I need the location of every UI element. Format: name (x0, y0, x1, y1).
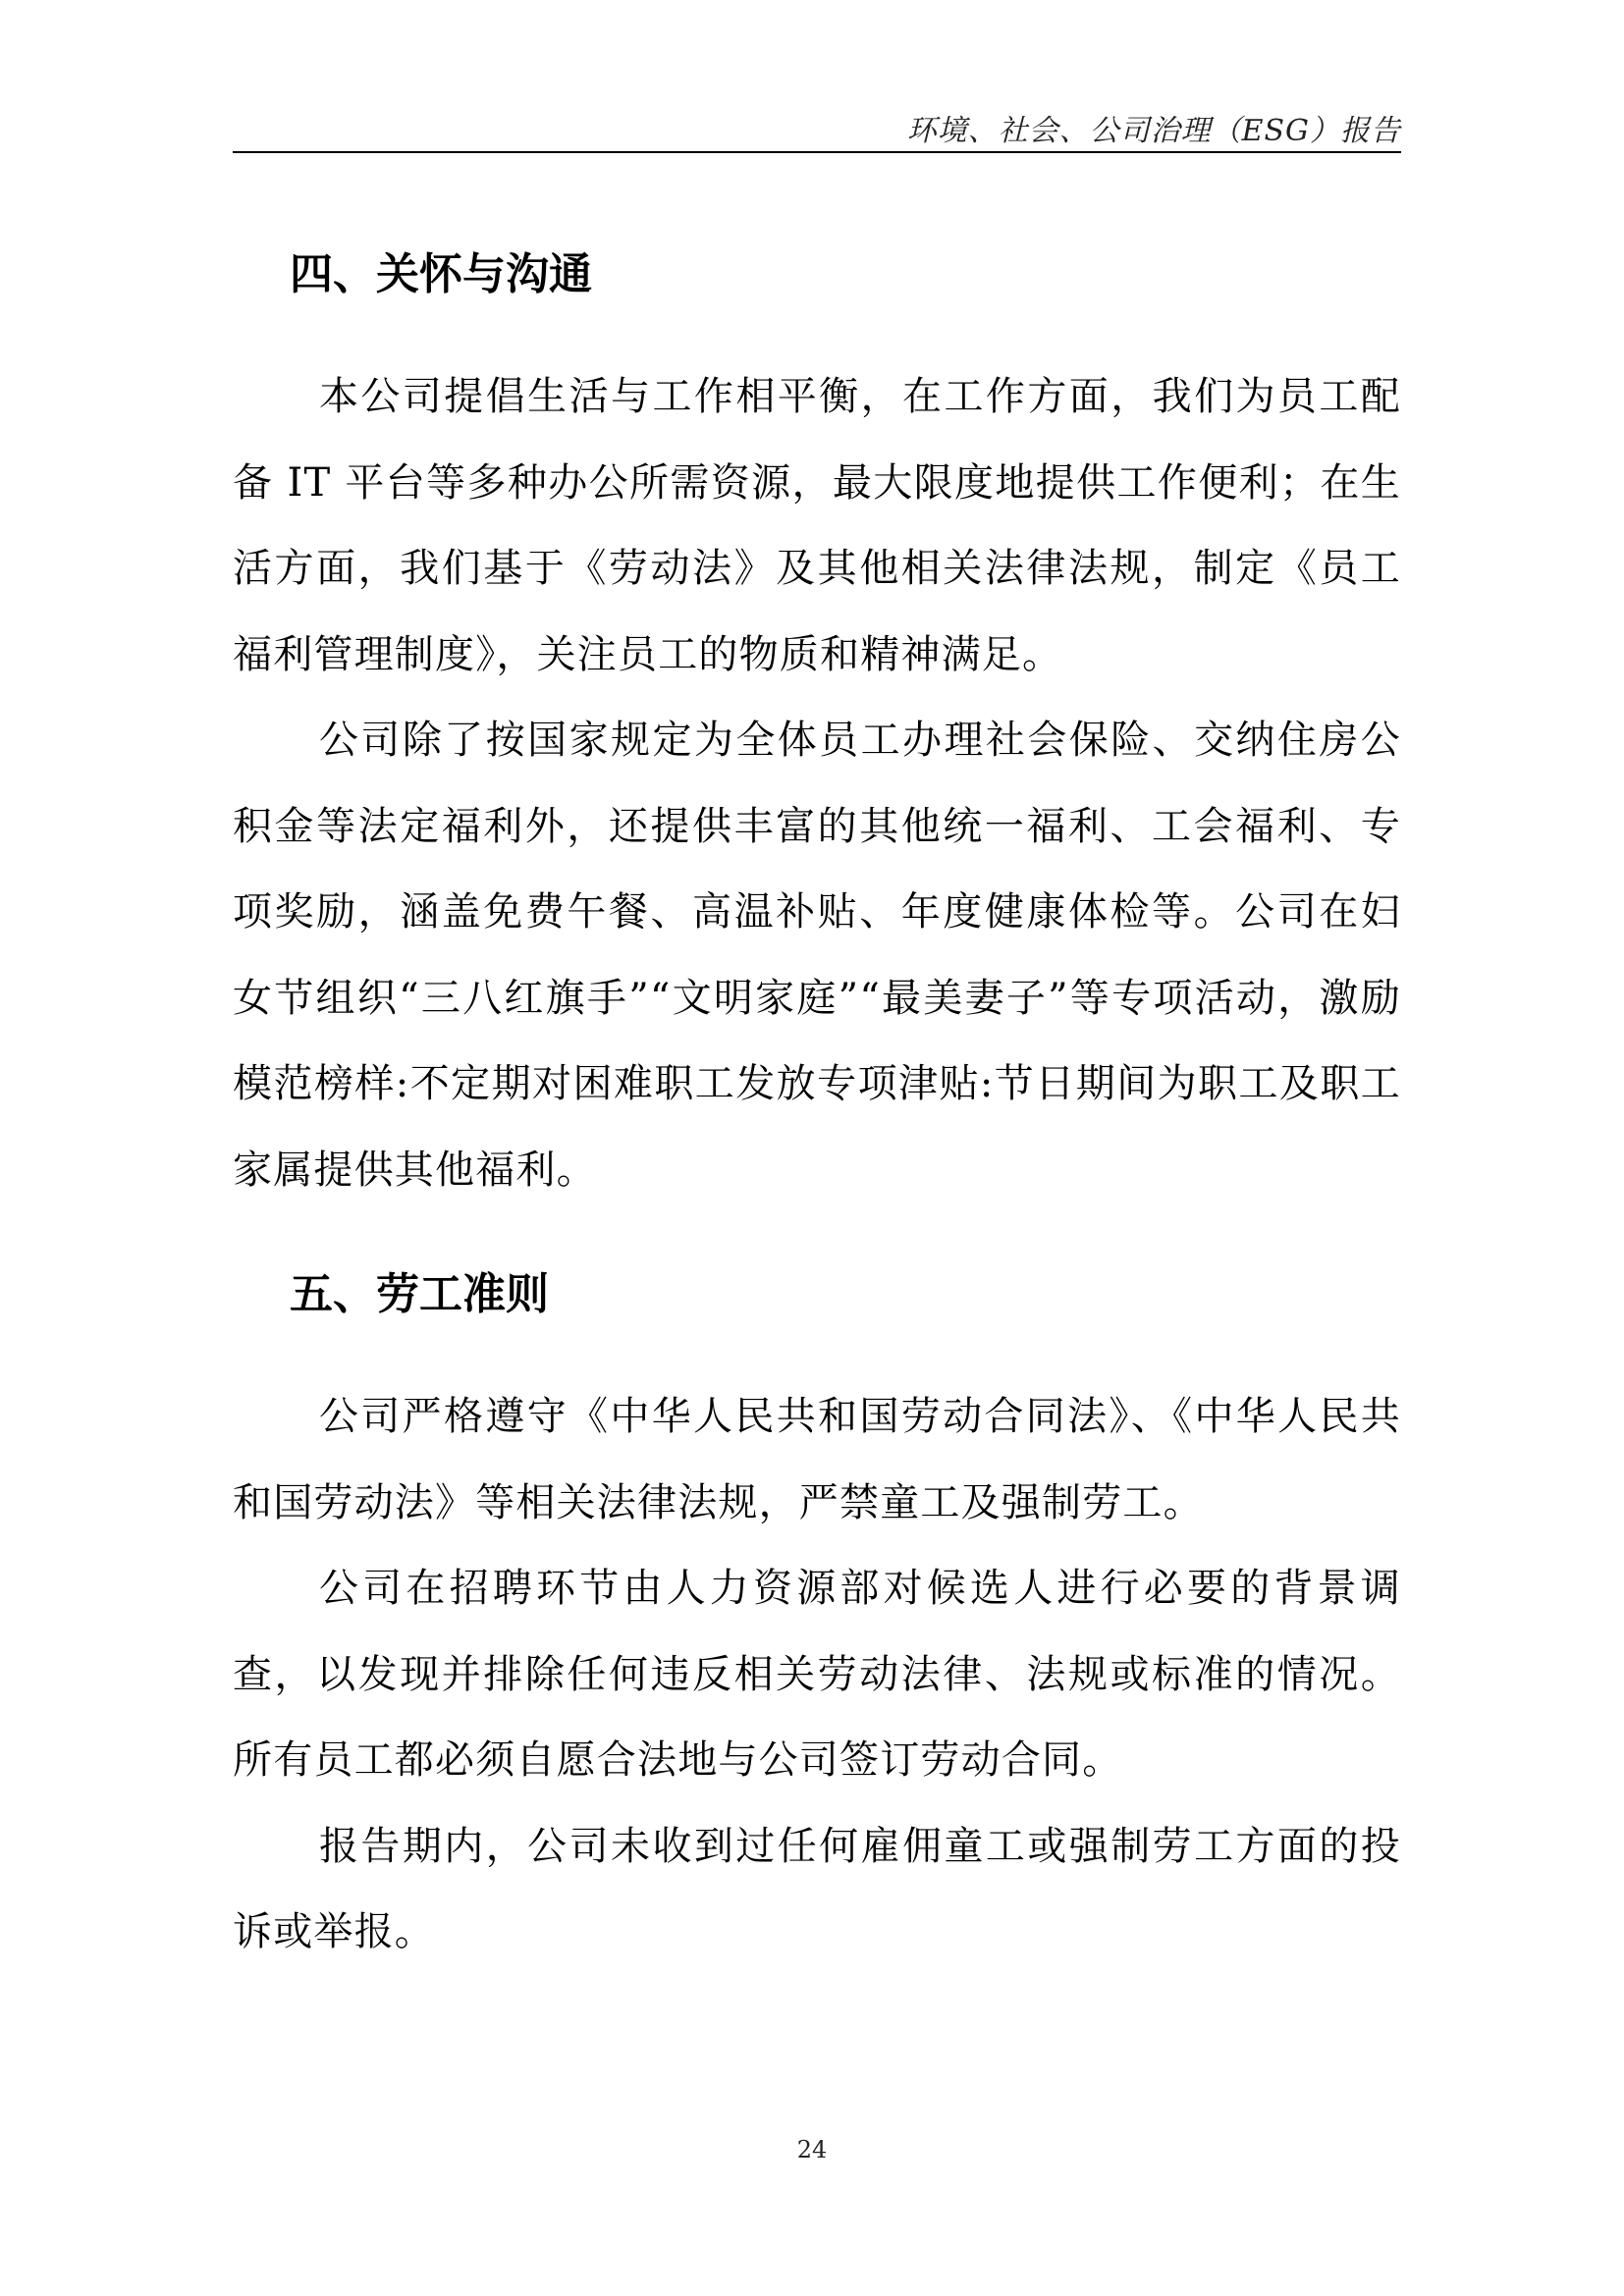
page-content: 四、关怀与沟通 本公司提倡生活与工作相平衡，在工作方面，我们为员工配备 IT 平… (233, 231, 1401, 1976)
paragraph: 报告期内，公司未收到过任何雇佣童工或强制劳工方面的投诉或举报。 (233, 1804, 1401, 1976)
section-labor-standards: 五、劳工准则 公司严格遵守《中华人民共和国劳动合同法》、《中华人民共和国劳动法》… (233, 1251, 1401, 1976)
section-care-communication: 四、关怀与沟通 本公司提倡生活与工作相平衡，在工作方面，我们为员工配备 IT 平… (233, 231, 1401, 1213)
paragraph: 公司在招聘环节由人力资源部对候选人进行必要的背景调查，以发现并排除任何违反相关劳… (233, 1546, 1401, 1804)
paragraph: 公司除了按国家规定为全体员工办理社会保险、交纳住房公积金等法定福利外，还提供丰富… (233, 698, 1401, 1213)
paragraph: 公司严格遵守《中华人民共和国劳动合同法》、《中华人民共和国劳动法》等相关法律法规… (233, 1374, 1401, 1546)
report-title: 环境、社会、公司治理（ESG）报告 (907, 106, 1401, 149)
paragraph: 本公司提倡生活与工作相平衡，在工作方面，我们为员工配备 IT 平台等多种办公所需… (233, 354, 1401, 698)
section-heading: 四、关怀与沟通 (290, 231, 1401, 319)
page-header: 环境、社会、公司治理（ESG）报告 (233, 106, 1401, 153)
section-heading: 五、劳工准则 (290, 1251, 1401, 1339)
page-number: 24 (0, 2136, 1624, 2163)
